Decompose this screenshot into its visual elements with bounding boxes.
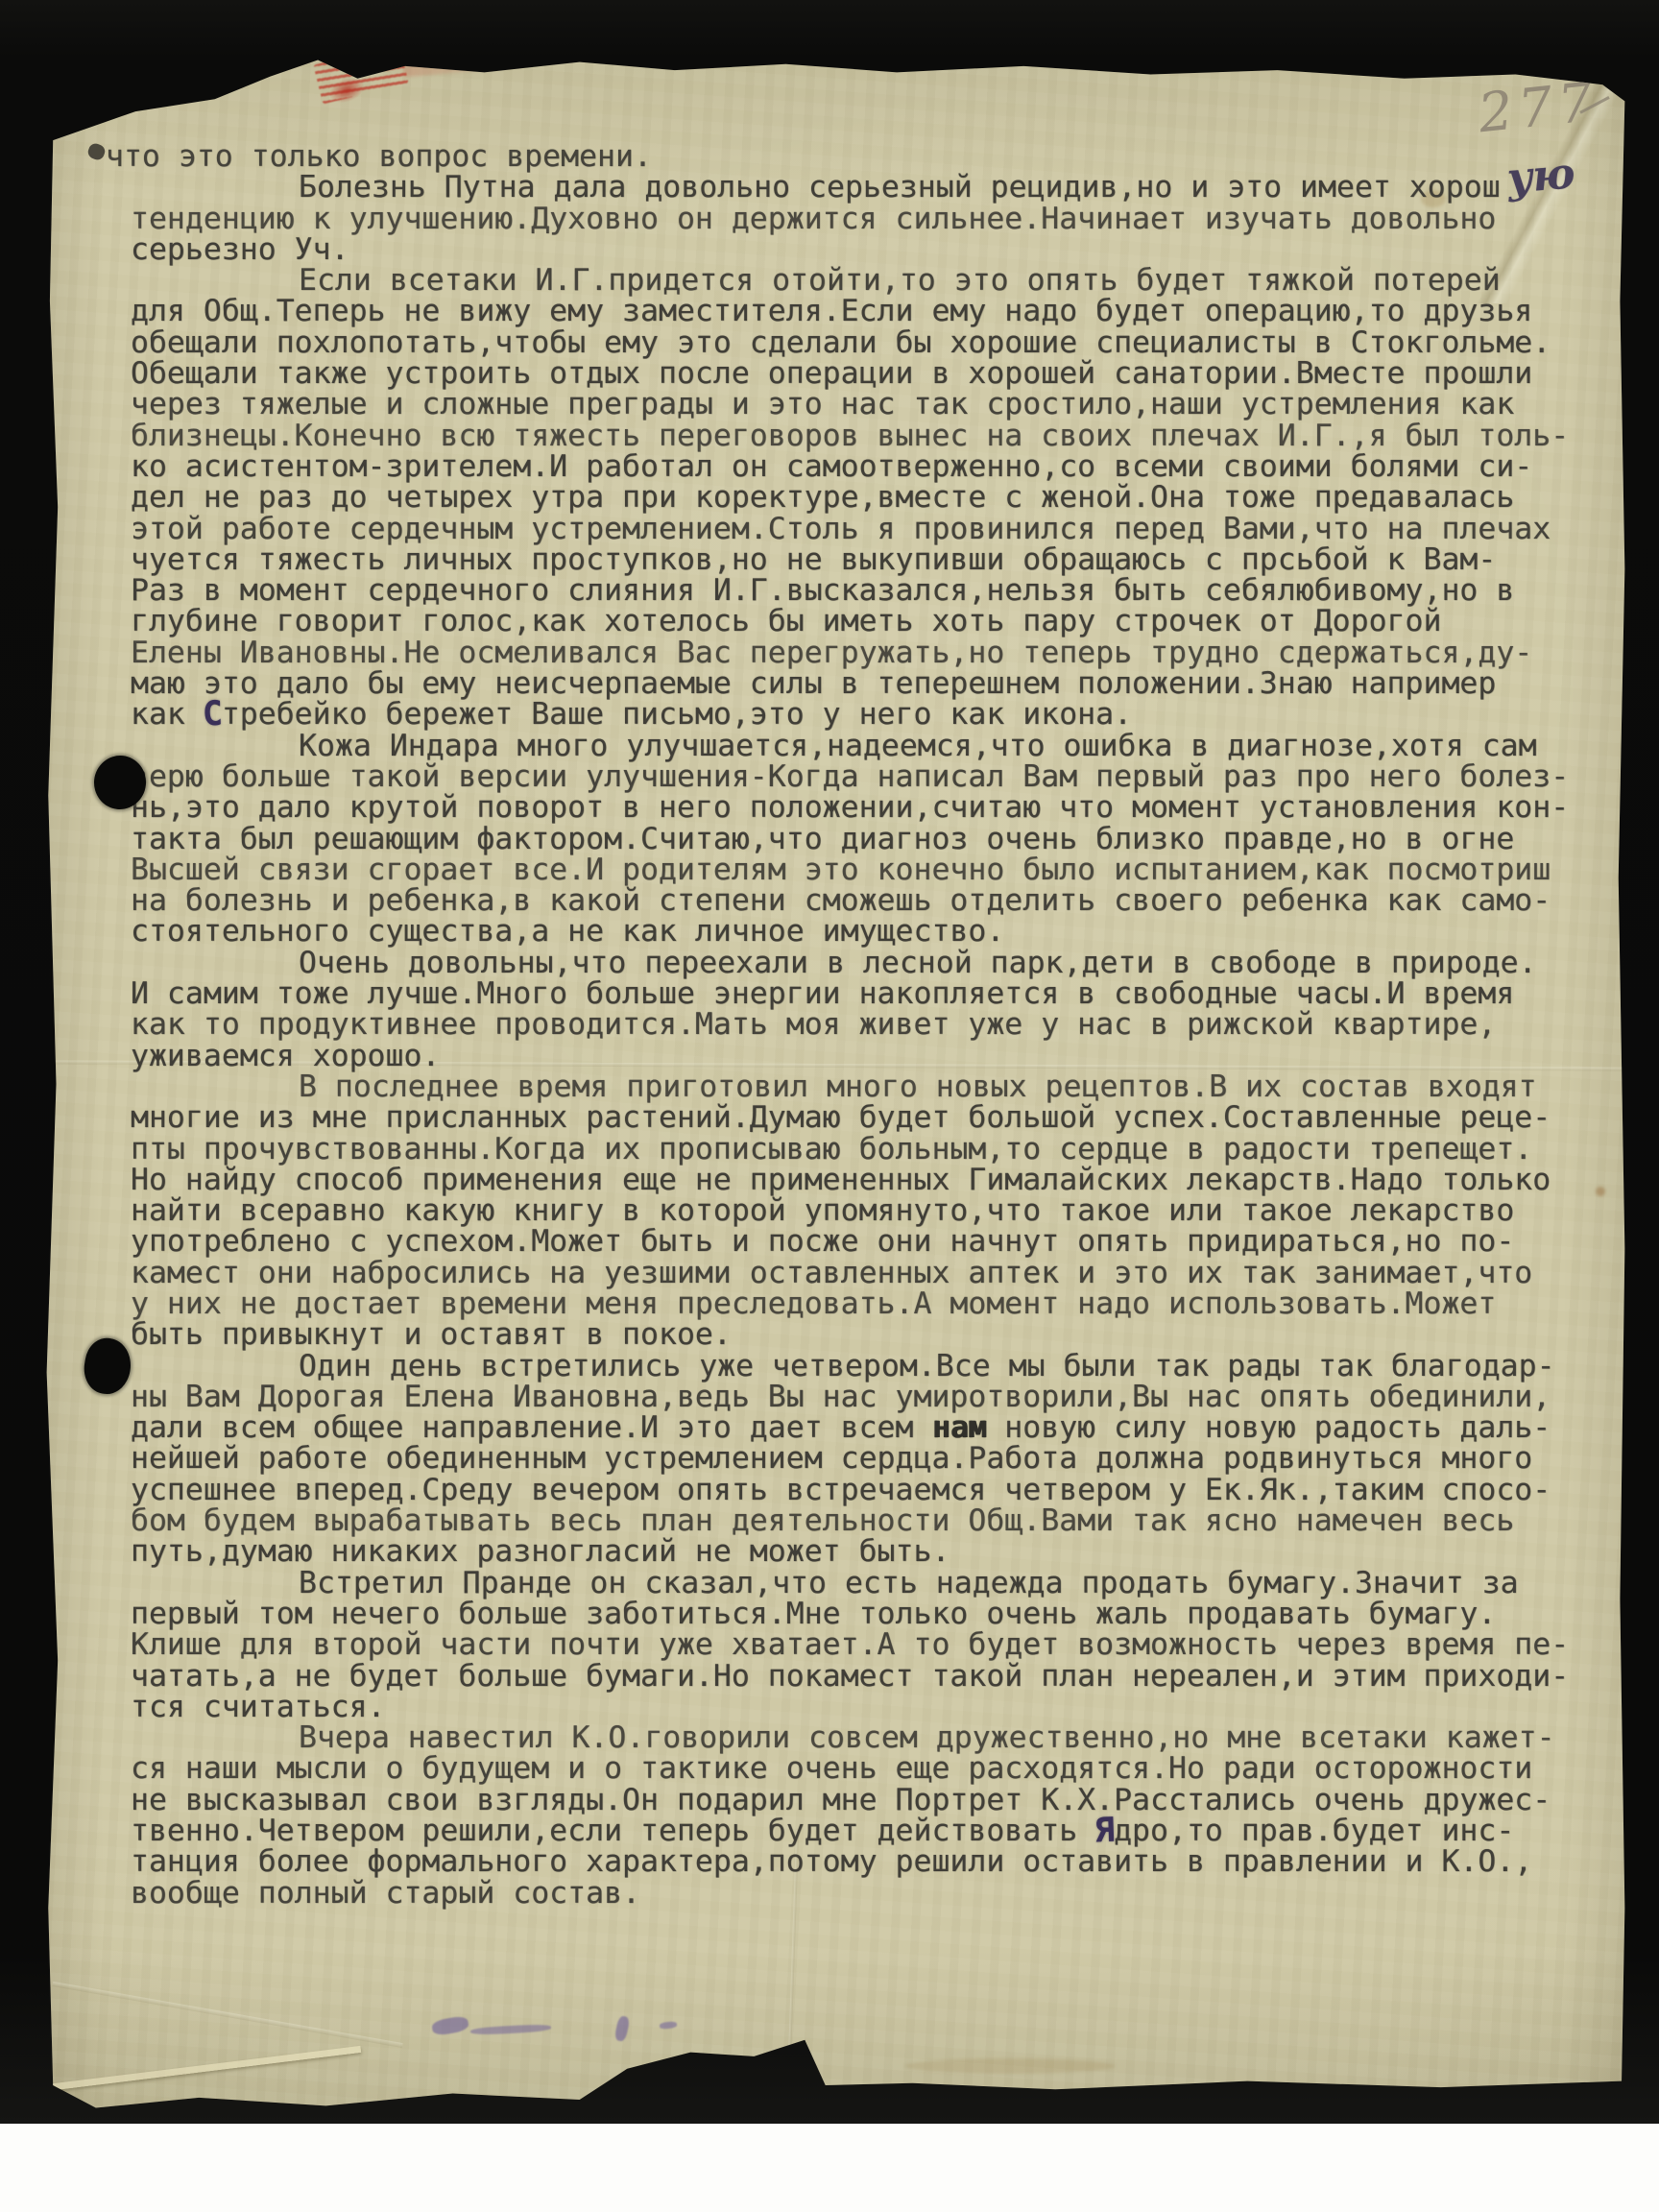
paper-vignette <box>40 54 1626 2114</box>
document-page: что это только вопрос времени.Болезнь Пу… <box>40 54 1626 2114</box>
handwritten-suffix-annotation: ую <box>1505 149 1577 204</box>
scan-view: что это только вопрос времени.Болезнь Пу… <box>0 0 1659 2212</box>
handwritten-overwrite: С <box>202 697 223 733</box>
handwritten-overwrite: нам <box>932 1412 987 1443</box>
scan-margin-bottom <box>0 2124 1659 2212</box>
handwritten-overwrite: Я <box>1094 1814 1115 1849</box>
